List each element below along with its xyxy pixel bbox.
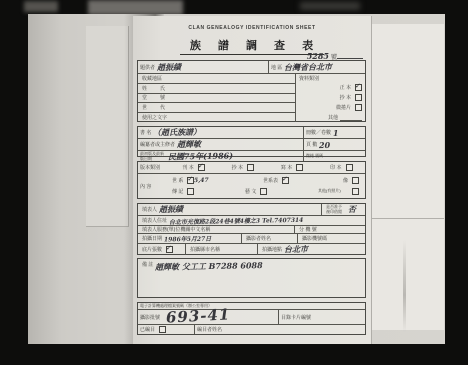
extension-label: 分 機 號 [297,226,319,233]
area-value: 台灣省台北市 [284,61,332,73]
film-place-value: 台北市 [284,244,308,255]
permission-value: 否 [348,204,356,215]
negatives-checkbox [166,246,173,253]
microfilm-frame: CLAN GENEALOGY IDENTIFICATION SHEET 族 譜 … [0,0,468,365]
edition-manuscript-checkbox [247,164,254,171]
row-generations: 世 代 [140,104,171,111]
row-hall-name: 堂 號 [140,94,171,101]
row-storage-area: 收藏地區 [140,75,164,82]
section-bibliographic: 書 名 （趙氏族譜） 冊數／卷數 1 編纂者或主修者 趙輝敏 頁 數 20 [137,126,366,157]
type-original-label: 正 本 [338,84,353,91]
pages-label: 頁 數 [304,141,319,148]
type-other-label: 其他 [326,114,340,121]
provider-value: 趙振績 [157,61,181,72]
compiler-label: 編纂者或主修者 [138,141,177,148]
film-scratch [24,1,58,12]
cataloged-label: 已編目 [138,326,157,333]
photographer-label: 攝影者姓名 [244,235,273,242]
catalog-card-label: 目錄卡片編號 [279,314,313,321]
section-edition-content: 版本類別 刊 本 抄 本 寫 本 印 本 內 容 世 系5,47 世系表 像 [137,161,366,199]
row-surname: 姓 氏 [140,85,171,92]
cataloged-checkbox [159,326,166,333]
content-chart-label: 世系表 [261,177,280,184]
edition-reprint-label: 印 本 [328,164,343,171]
film-blemish [403,240,406,332]
address-label: 填表人住址 [140,217,169,224]
edition-print-checkbox [198,164,205,171]
type-microfilm-label: 微捲片 [334,104,353,111]
camera-number-label: 攝影機號碼 [300,235,329,242]
section-office-use: 電子計算機處理檔案號碼（辦公室專用） 攝影批號 693-41 目錄卡片編號 已編… [137,302,366,335]
filler-value: 趙振績 [159,204,183,215]
section-filming: 填表人 趙振績 是否准予 複印借閱 否 填表人住址 台北市光復路2段24巷4號4… [137,203,366,255]
permission-label: 是否准予 複印借閱 [324,205,348,214]
content-biography-label: 傳 記 [170,188,185,195]
content-other-checkbox [352,188,359,195]
english-title: CLAN GENEALOGY IDENTIFICATION SHEET [133,25,371,31]
content-biography-checkbox [187,188,194,195]
film-date-label: 拍攝日期 [140,235,164,242]
section-identity: 題供者 趙振績 地 區 台灣省台北市 收藏地區 姓 氏 堂 號 世 代 使用之文… [137,60,366,122]
film-place-label: 拍攝地點 [260,246,284,253]
content-other-label: 其他(有照片) [316,189,350,194]
content-literature-label: 藝 文 [243,188,258,195]
genealogy-form: CLAN GENEALOGY IDENTIFICATION SHEET 族 譜 … [133,16,372,344]
cataloger-label: 編目者姓名 [195,326,224,333]
type-microfilm-checkbox [355,104,362,111]
pages-value: 20 [319,139,330,149]
remarks-value: 趙輝敏 父工工 B7288 6088 [155,260,263,273]
negatives-label: 底片張數 [140,246,164,253]
type-copy-label: 抄 本 [338,94,353,101]
type-original-checkbox [355,84,362,91]
content-lineage-label: 世 系 [170,177,185,184]
volumes-value: 1 [333,127,339,137]
compiler-value: 趙輝敏 [177,139,201,150]
volumes-label: 冊數／卷數 [304,129,333,136]
area-label: 地 區 [269,64,284,71]
edition-manuscript-label: 抄 本 [230,164,245,171]
address-value: 台北市光復路2段24巷4號4樓之3 Tel.7407314 [169,216,303,225]
filler-label: 填表人 [140,206,159,213]
content-lineage-note: 5,47 [194,177,209,184]
film-scratch [88,0,183,15]
batch-number-label: 攝影批號 [138,314,162,321]
content-chart-checkbox [282,177,289,184]
type-copy-checkbox [355,94,362,101]
edition-handwritten-label: 寫 本 [279,164,294,171]
organization-label: 填表人服務(單)位機關中文名稱 [140,226,212,233]
book-title-label: 書 名 [138,129,153,136]
edition-handwritten-checkbox [296,164,303,171]
type-other-blank [340,114,362,121]
film-date-value: 1986年5月27日 [164,234,211,243]
content-portrait-checkbox [352,177,359,184]
book-title-value: （趙氏族譜） [153,127,201,138]
provider-label: 題供者 [138,64,157,71]
county-label: 拍攝縣市名稱 [188,246,222,253]
edition-type-label: 版本類別 [138,164,168,171]
section-remarks: 備 註 趙輝敏 父工工 B7288 6088 [137,258,366,298]
edition-reprint-checkbox [346,164,353,171]
material-type-header: 資料類別 [299,75,362,82]
edition-date-label: 最初版及最新版日期 [138,152,168,161]
serial-underline [337,51,363,59]
backing-sheet-edge [86,26,129,227]
remarks-label: 備 註 [140,261,155,268]
batch-number-value: 693-41 [166,305,231,326]
content-label: 內 容 [138,183,168,190]
content-literature-checkbox [260,188,267,195]
edition-print-label: 刊 本 [180,164,195,171]
reel-number-label: 微捲 號碼 [304,154,334,159]
content-portrait-label: 像 [341,177,350,184]
form-title-text: 族 譜 調 查 表 [180,37,324,55]
film-scratch [300,2,360,10]
row-script-used: 使用之文字 [140,114,169,121]
